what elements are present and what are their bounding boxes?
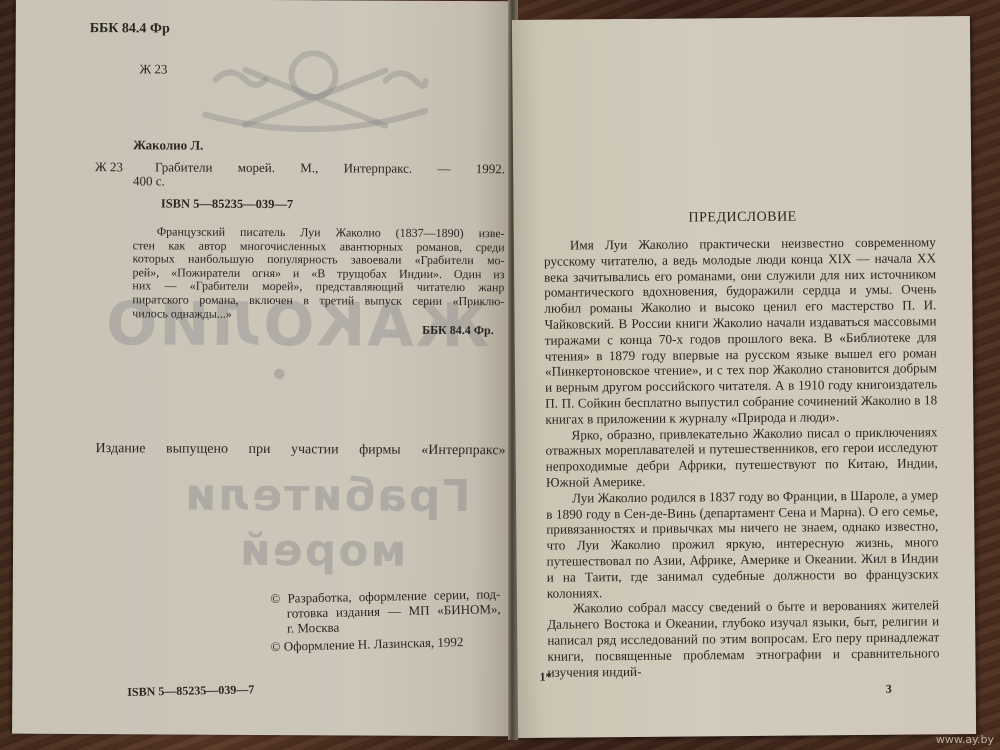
- annotation-block: Французский писатель Луи Жаколио (1837—1…: [132, 225, 504, 322]
- preface-paragraph: Имя Луи Жаколио практически неизвестно с…: [544, 234, 938, 427]
- author-name: Жаколио Л.: [133, 137, 203, 152]
- preface-paragraph: Луи Жаколио родился в 1837 году во Франц…: [546, 487, 939, 601]
- bbk-code-top: ББК 84.4 Фр: [90, 21, 170, 36]
- preface-paragraph: Ярко, образно, привлекательно Жаколио пи…: [545, 424, 938, 491]
- preface-heading: ПРЕДИСЛОВИЕ: [514, 208, 972, 228]
- copyright-design: © Оформление Н. Лазинская, 1992: [270, 634, 463, 654]
- publisher-note: Издание выпущено при участии фирмы «Инте…: [96, 441, 506, 458]
- catalog-title-line: Грабители морей. М., Интерпракс. — 1992.: [155, 159, 505, 176]
- preface-paragraph: Жаколио собрал массу сведений о быте и в…: [547, 598, 940, 680]
- page-count: 400 с.: [133, 173, 165, 188]
- isbn-bottom: ISBN 5—85235—039—7: [127, 682, 254, 700]
- author-mark-top: Ж 23: [140, 61, 168, 76]
- publisher-emblem-icon: [185, 40, 446, 141]
- annotation-line: чилось однажды...»: [132, 307, 504, 323]
- bleed-through-title-2: морей: [238, 525, 407, 577]
- page-number: 3: [886, 682, 892, 697]
- right-page-preface: ПРЕДИСЛОВИЕ Имя Луи Жаколио практически …: [512, 16, 976, 738]
- bleed-through-title-1: Грабители: [183, 470, 470, 523]
- bleed-through-mark: •: [249, 358, 289, 393]
- isbn-top: ISBN 5—85235—039—7: [161, 196, 293, 212]
- signature-mark: 1*: [540, 670, 552, 685]
- preface-body: Имя Луи Жаколио практически неизвестно с…: [544, 234, 940, 680]
- copyright-binom: © Разработка, оформление серии, под- гот…: [270, 586, 501, 636]
- left-page-imprint: ББК 84.4 Фр Ж 23 Жаколио Л. Ж 23 Грабите…: [12, 0, 516, 736]
- catalog-code: Ж 23: [95, 159, 123, 174]
- site-watermark: www.ay.by: [936, 733, 994, 746]
- bbk-code-bottom: ББК 84.4 Фр.: [422, 324, 494, 338]
